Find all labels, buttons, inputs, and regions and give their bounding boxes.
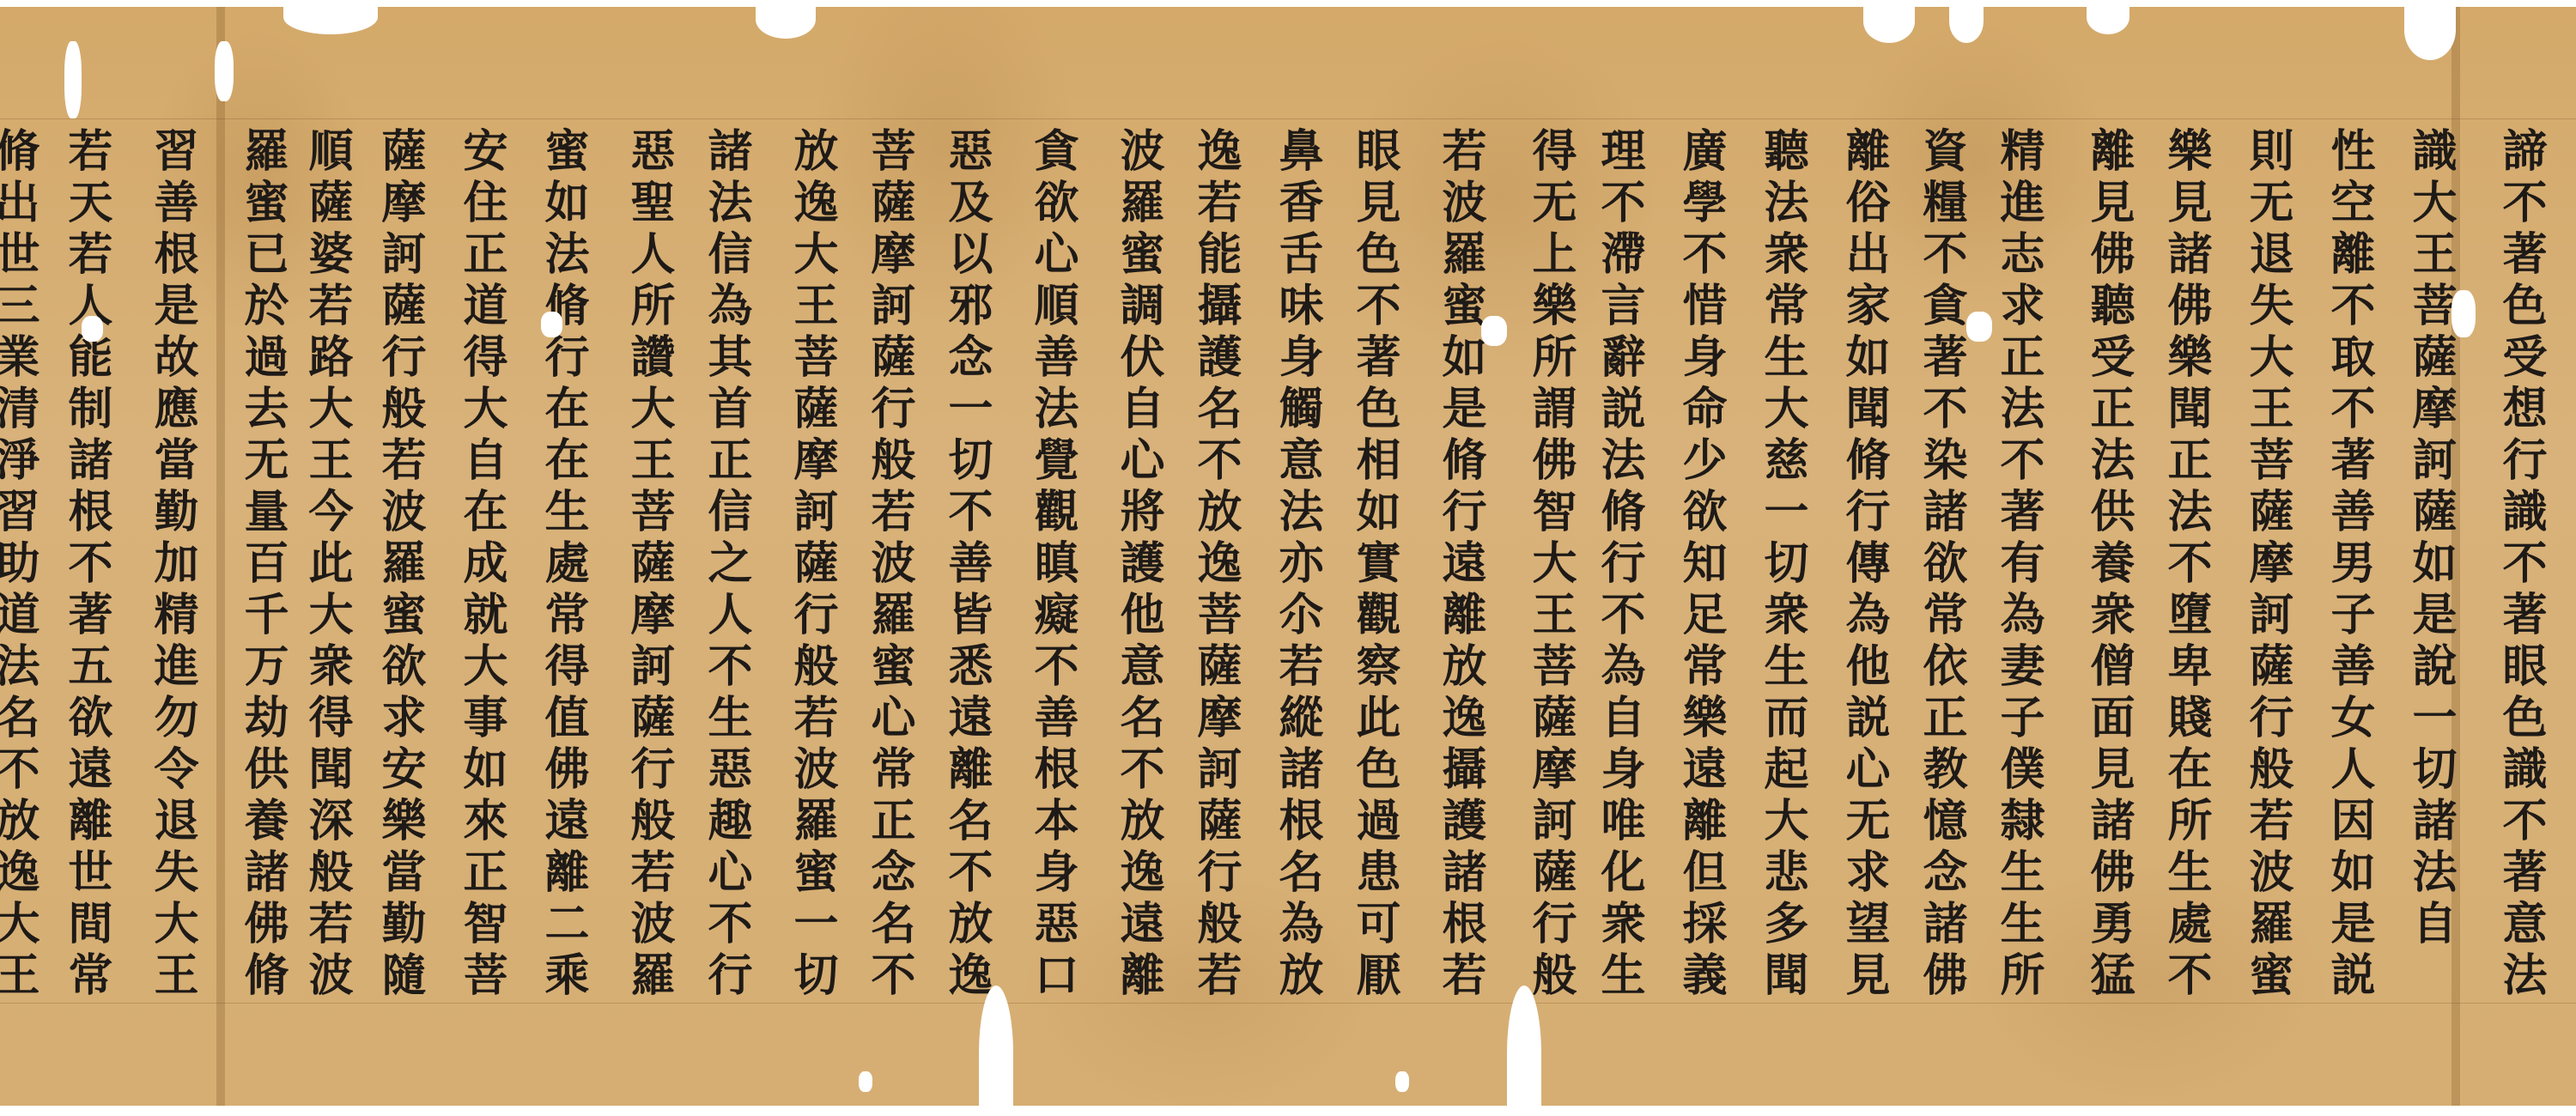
- text-column-16: 鼻香舌味身觸意法亦尒若縱諸根名為放: [1262, 127, 1331, 1003]
- text-column-8: 資糧不貪著不染諸欲常依正教憶念諸佛: [1906, 127, 1975, 1003]
- text-column-4: 則无退失大王菩薩摩訶薩行般若波羅蜜: [2233, 127, 2301, 1003]
- hole: [215, 41, 234, 101]
- text-column-15: 眼見色不著色相如實觀察此色過患可厭: [1340, 127, 1408, 1003]
- torn-edge: [1949, 0, 1984, 43]
- text-column-21: 菩薩摩訶薩行般若波羅蜜心常正念名不: [854, 127, 923, 1003]
- hole: [859, 1071, 872, 1092]
- text-column-30: 習善根是故應當勤加精進勿令退失大王: [137, 127, 206, 1003]
- torn-edge: [2404, 0, 2456, 60]
- text-column-23: 諸法信為其首正信之人不生惡趣心不行: [691, 127, 760, 1003]
- text-column-27: 薩摩訶薩行般若波羅蜜欲求安樂當勤隨: [365, 127, 434, 1003]
- text-column-11: 廣學不惜身命少欲知足常樂遠離但採義: [1666, 127, 1735, 1003]
- torn-edge: [979, 986, 1013, 1116]
- text-column-26: 安住正道得大自在成就大事如來正智菩: [447, 127, 515, 1003]
- manuscript-scroll: 諦不著色受想行識不著眼色識不著意法 識大王菩薩摩訶薩如是說一切諸法自 性空離不取…: [0, 7, 2576, 1106]
- torn-edge: [1863, 0, 1915, 43]
- hole: [1966, 312, 1992, 342]
- hole: [1395, 1071, 1409, 1092]
- text-column-25: 蜜如法脩行在在生處常得值佛遠離二乘: [528, 127, 597, 1003]
- text-column-1: 諦不著色受想行識不著眼色識不著意法: [2486, 127, 2555, 1003]
- torn-edge: [283, 0, 378, 34]
- text-column-9: 離俗出家如聞脩行傳為他説心无求望見: [1829, 127, 1898, 1003]
- text-column-31: 若天若人能制諸根不著五欲遠離世間常: [52, 127, 120, 1003]
- text-column-17: 逸若能攝護名不放逸菩薩摩訶薩行般若: [1181, 127, 1249, 1003]
- text-column-7: 精進志求正法不著有為妻子僕隸生生所: [1984, 127, 2052, 1003]
- bottom-ruling-line: [0, 1003, 2576, 1004]
- hole: [1481, 316, 1507, 346]
- hole: [541, 312, 562, 337]
- text-column-32: 脩出世三業清淨習助道法名不放逸大王: [0, 127, 47, 1003]
- text-column-19: 貪欲心順善法覺觀瞋癡不善根本身惡口: [1018, 127, 1086, 1003]
- text-column-28: 順薩婆若路大王今此大衆得聞深般若波: [292, 127, 361, 1003]
- text-column-24: 惡聖人所讚大王菩薩摩訶薩行般若波羅: [614, 127, 683, 1003]
- text-column-29: 羅蜜已於過去无量百千万劫供養諸佛脩: [228, 127, 296, 1003]
- text-column-13: 得无上樂所謂佛智大王菩薩摩訶薩行般: [1516, 127, 1584, 1003]
- text-column-12: 理不滯言辭説法脩行不為自身唯化衆生: [1584, 127, 1653, 1003]
- torn-edge: [2087, 0, 2129, 34]
- top-ruling-line: [0, 118, 2576, 119]
- text-column-22: 放逸大王菩薩摩訶薩行般若波羅蜜一切: [777, 127, 846, 1003]
- text-column-10: 聽法衆常生大慈一切衆生而起大悲多聞: [1747, 127, 1816, 1003]
- paper-seam: [216, 7, 225, 1106]
- hole: [2451, 290, 2476, 337]
- text-column-5: 樂見諸佛樂聞正法不墮卑賤在所生處不: [2151, 127, 2220, 1003]
- text-column-2: 識大王菩薩摩訶薩如是說一切諸法自: [2396, 127, 2464, 1003]
- torn-edge: [1507, 986, 1541, 1116]
- hole: [64, 41, 82, 118]
- text-column-20: 惡及以邪念一切不善皆悉遠離名不放逸: [932, 127, 1000, 1003]
- text-column-18: 波羅蜜調伏自心將護他意名不放逸遠離: [1103, 127, 1172, 1003]
- hole: [82, 316, 103, 342]
- torn-edge: [756, 0, 816, 39]
- text-column-6: 離見佛聽受正法供養衆僧面見諸佛勇猛: [2074, 127, 2142, 1003]
- text-column-14: 若波羅蜜如是脩行遠離放逸攝護諸根若: [1425, 127, 1494, 1003]
- text-column-3: 性空離不取不著善男子善女人因如是説: [2314, 127, 2383, 1003]
